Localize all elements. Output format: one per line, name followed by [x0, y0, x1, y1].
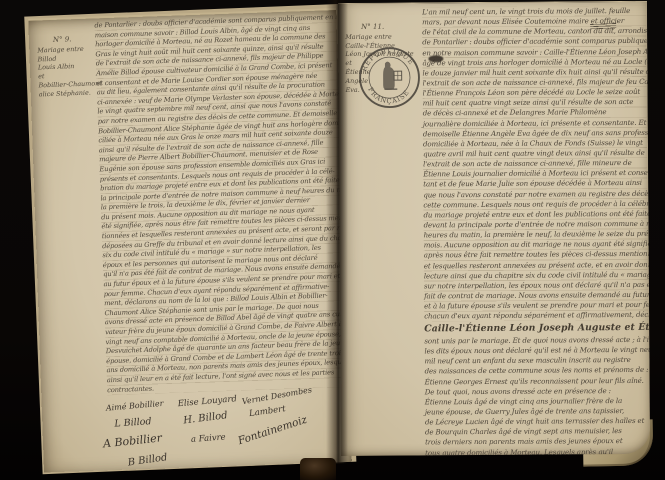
register-page-left: N° 9. Mariage entreBillodLouis AlbinetBo…	[28, 8, 352, 472]
signature: a Faivre	[191, 433, 226, 445]
register-photo: N° 9. Mariage entreBillodLouis AlbinetBo…	[0, 0, 665, 480]
handwritten-line: chacun d'eux ayant répondu séparément et…	[424, 310, 648, 322]
stamp-figure	[384, 62, 402, 89]
signature: A Bobillier	[102, 431, 162, 450]
handwritten-line: trois derniers non parents mais amis des…	[425, 436, 649, 448]
signature: H. Billod	[183, 410, 228, 426]
act-number-right: N° 11.	[361, 22, 421, 31]
act-text-left: de Pontarlier : doubs officier d'académi…	[94, 13, 349, 395]
ink-blot	[428, 55, 443, 62]
act-text-right-continued: sont unis par le mariage. Et de quoi nou…	[424, 335, 649, 456]
republique-francaise-stamp: RÉPUBLIQUE FRANÇAISE	[357, 45, 421, 109]
signature: Elise Louyard	[177, 394, 237, 409]
crossed-out-word	[590, 22, 616, 30]
spouses-names-line: Caille-l'Étienne Léon Joseph Auguste et …	[424, 322, 650, 335]
signature: Lambert	[249, 404, 287, 419]
book-clasp	[300, 458, 336, 480]
act-text-right: L'an mil neuf cent un, le vingt trois du…	[422, 6, 648, 322]
signature: Aimé Bobillier	[105, 399, 163, 413]
handwritten-line: Étienne Georges Ernest qu'ils reconnaiss…	[425, 375, 649, 387]
signature: Fontainemoiz	[237, 414, 309, 448]
register-page-right: N° 11. Mariage entreCaille-l'ÉtienneLéon…	[338, 1, 650, 456]
signature: L Billod	[114, 416, 152, 430]
signature: B Billod	[127, 452, 168, 468]
